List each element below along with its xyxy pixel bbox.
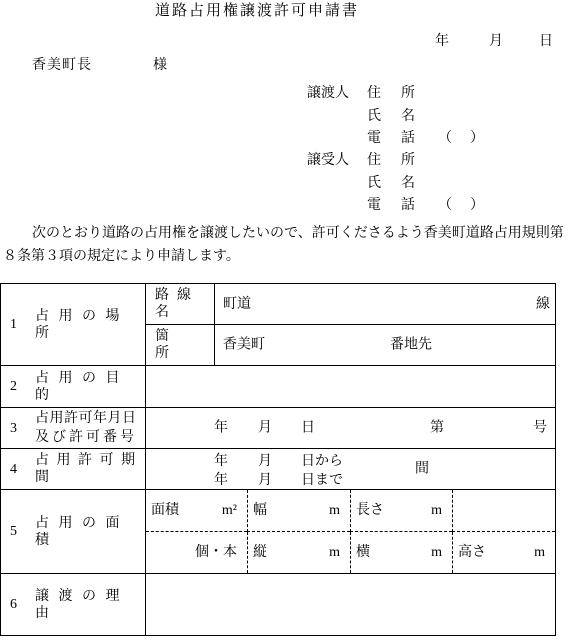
transferor-name-label: 氏 名 bbox=[367, 108, 418, 125]
length-unit: m bbox=[431, 502, 442, 519]
location-prefix: 香美町 bbox=[223, 337, 265, 354]
row1-number: 1 bbox=[10, 316, 35, 333]
row5-number: 5 bbox=[10, 523, 35, 540]
addressee-name: 香美町長 bbox=[32, 57, 92, 74]
area-cell-menseki: 面積 m² bbox=[146, 490, 247, 532]
width-unit: m bbox=[329, 502, 340, 519]
route-name-value-cell: 町道 線 bbox=[215, 284, 556, 325]
permit-number-prefix: 第 bbox=[430, 420, 444, 437]
period-from-year: 年 bbox=[214, 453, 228, 470]
period-from-month: 月 bbox=[258, 453, 272, 470]
period-to-month: 月 bbox=[258, 472, 272, 489]
row-occupation-place-route: 1 占用の場所 路線名 町道 線 bbox=[1, 284, 556, 325]
row-permit-date-number: 3 占用許可年月日 及び許可番号 年 月 日 第 号 bbox=[1, 408, 556, 449]
height-unit: m bbox=[534, 544, 545, 561]
row1-label: 占用の場所 bbox=[35, 308, 145, 342]
row2-label: 占用の目的 bbox=[35, 370, 145, 404]
row2-number: 2 bbox=[10, 378, 35, 395]
area-label: 面積 bbox=[151, 502, 179, 519]
transferor-phone-paren: （ ） bbox=[438, 130, 486, 147]
row6-label: 譲渡の理由 bbox=[35, 588, 145, 622]
row3-label-line2: 及び許可番号 bbox=[35, 428, 137, 447]
date-month-label: 月 bbox=[489, 33, 503, 50]
area-cell-haba: 幅 m bbox=[247, 490, 350, 532]
area-cell-kohon: 個・本 bbox=[146, 532, 247, 574]
application-statement: 次のとおり道路の占用権を譲渡したいので、許可くださるよう香美町道路占用規則第 ８… bbox=[3, 222, 565, 268]
location-value-cell: 香美町 番地先 bbox=[215, 325, 556, 366]
row3-number: 3 bbox=[10, 420, 35, 437]
row3-label-cell: 3 占用許可年月日 及び許可番号 bbox=[1, 408, 146, 449]
area-cell-takasa: 高さ m bbox=[452, 532, 555, 574]
row4-label: 占用許可期間 bbox=[35, 452, 145, 486]
area-cell-nagasa: 長さ m bbox=[350, 490, 452, 532]
row-transfer-reason: 6 譲渡の理由 bbox=[1, 574, 556, 636]
row4-label-cell: 4 占用許可期間 bbox=[1, 449, 146, 490]
transferor-phone-label: 電 話 bbox=[367, 130, 418, 147]
height-label: 高さ bbox=[458, 544, 486, 561]
vertical-unit: m bbox=[329, 544, 340, 561]
row-permit-period: 4 占用許可期間 年 月 日から 年 月 日まで 間 bbox=[1, 449, 556, 490]
transferor-role-label: 譲渡人 bbox=[307, 85, 349, 102]
row3-label-line1: 占用許可年月日 bbox=[35, 409, 137, 428]
application-form-page: 道路占用権譲渡許可申請書 年 月 日 香美町長 様 譲渡人 住 所 氏 名 電 … bbox=[0, 0, 569, 642]
row4-number: 4 bbox=[10, 461, 35, 478]
date-year-label: 年 bbox=[435, 33, 449, 50]
row5-label: 占用の面積 bbox=[35, 515, 145, 549]
area-cell-yoko: 横 m bbox=[350, 532, 452, 574]
vertical-label: 縦 bbox=[253, 544, 267, 561]
route-name-label-cell: 路線名 bbox=[146, 284, 215, 325]
period-duration-label: 間 bbox=[415, 461, 429, 478]
application-table: 1 占用の場所 路線名 町道 線 箇 所 香美町 番地先 bbox=[0, 283, 556, 636]
row3-label: 占用許可年月日 及び許可番号 bbox=[35, 409, 137, 447]
permit-year-label: 年 bbox=[214, 420, 228, 437]
row-occupation-area: 5 占用の面積 面積 m² 幅 m 長さ m bbox=[1, 490, 556, 574]
row6-label-cell: 6 譲渡の理由 bbox=[1, 574, 146, 636]
length-label: 長さ bbox=[356, 502, 384, 519]
transferee-name-label: 氏 名 bbox=[367, 175, 418, 192]
permit-month-label: 月 bbox=[258, 420, 272, 437]
row-occupation-purpose: 2 占用の目的 bbox=[1, 366, 556, 408]
route-name-label: 路線名 bbox=[155, 288, 199, 320]
route-prefix: 町道 bbox=[223, 296, 251, 313]
route-suffix: 線 bbox=[536, 296, 550, 313]
horizontal-label: 横 bbox=[356, 544, 370, 561]
area-cell-top-empty bbox=[452, 490, 555, 532]
permit-number-suffix: 号 bbox=[533, 420, 547, 437]
period-from-line: 年 月 日から bbox=[146, 453, 555, 470]
row6-number: 6 bbox=[10, 596, 35, 613]
transferee-phone-paren: （ ） bbox=[438, 197, 486, 214]
statement-line-2: ８条第３項の規定により申請します。 bbox=[3, 245, 565, 268]
location-label: 箇 所 bbox=[155, 329, 199, 361]
row1-label-cell: 1 占用の場所 bbox=[1, 284, 146, 366]
form-title: 道路占用権譲渡許可申請書 bbox=[155, 3, 359, 20]
period-to-day: 日まで bbox=[301, 472, 343, 489]
area-grid: 面積 m² 幅 m 長さ m bbox=[146, 490, 555, 573]
period-to-year: 年 bbox=[214, 472, 228, 489]
transferee-role-label: 譲受人 bbox=[307, 152, 349, 169]
reason-value-cell bbox=[146, 574, 556, 636]
addressee-honorific: 様 bbox=[153, 57, 167, 74]
width-label: 幅 bbox=[253, 502, 267, 519]
transferee-address-label: 住 所 bbox=[367, 152, 418, 169]
transferee-phone-label: 電 話 bbox=[367, 197, 418, 214]
row2-label-cell: 2 占用の目的 bbox=[1, 366, 146, 408]
location-suffix: 番地先 bbox=[390, 337, 432, 354]
horizontal-unit: m bbox=[431, 544, 442, 561]
permit-date-number-cell: 年 月 日 第 号 bbox=[146, 408, 556, 449]
location-label-cell: 箇 所 bbox=[146, 325, 215, 366]
statement-line-1: 次のとおり道路の占用権を譲渡したいので、許可くださるよう香美町道路占用規則第 bbox=[3, 222, 565, 245]
count-unit: 個・本 bbox=[195, 544, 237, 561]
purpose-value-cell bbox=[146, 366, 556, 408]
period-from-day: 日から bbox=[301, 453, 343, 470]
permit-period-cell: 年 月 日から 年 月 日まで 間 bbox=[146, 449, 556, 490]
period-to-line: 年 月 日まで bbox=[146, 472, 555, 489]
row5-label-cell: 5 占用の面積 bbox=[1, 490, 146, 574]
permit-day-label: 日 bbox=[301, 420, 315, 437]
area-cell-tate: 縦 m bbox=[247, 532, 350, 574]
area-grid-cell: 面積 m² 幅 m 長さ m bbox=[146, 490, 556, 574]
transferor-address-label: 住 所 bbox=[367, 85, 418, 102]
area-unit: m² bbox=[222, 502, 237, 519]
date-day-label: 日 bbox=[539, 33, 553, 50]
